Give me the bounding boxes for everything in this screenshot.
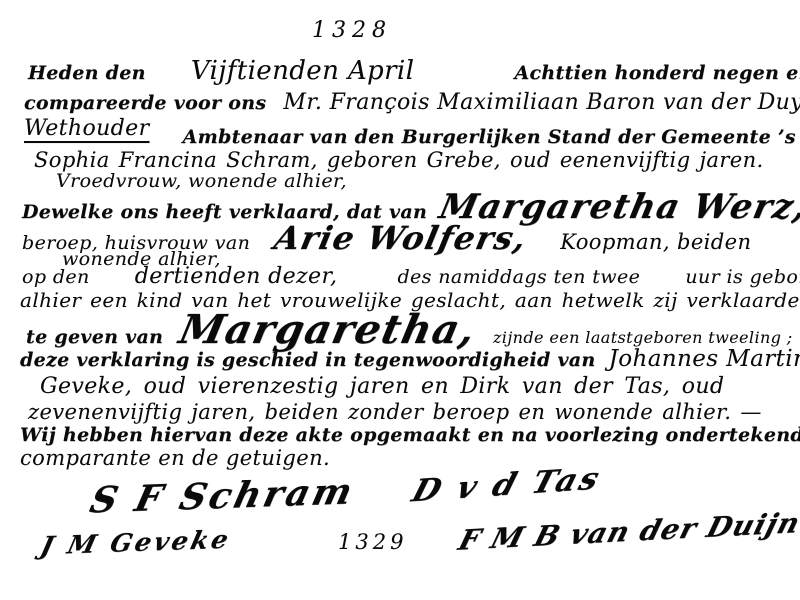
birth-day-word: dertienden dezer,	[135, 264, 338, 289]
child-name: Margaretha,	[176, 310, 480, 350]
father-name: Arie Wolfers,	[272, 222, 531, 254]
next-act-number: 1329	[338, 532, 407, 553]
witnesses-prefix: deze verklaring is geschied in tegenwoor…	[20, 349, 596, 371]
birth-act-scan: 1328 Heden den Vijftienden April Achttie…	[0, 0, 800, 600]
signature-witness-geveke: J M Geveke	[42, 530, 230, 555]
signature-declarant: S F Schram	[92, 478, 353, 514]
name-line: te geven van Margaretha, zijnde een laat…	[26, 310, 793, 350]
signature-witness-geveke-text: J M Geveke	[38, 527, 233, 559]
signature-official-text: F M B van der Duijn	[456, 509, 800, 554]
witnesses-line-1: deze verklaring is geschied in tegenwoor…	[20, 348, 800, 371]
capacity-line: Wethouder Ambtenaar van den Burgerlijken…	[24, 118, 800, 140]
date-day-month: Vijftienden April	[191, 56, 415, 86]
witness1-name: Johannes Martinus	[609, 346, 800, 372]
closing-main: Wij hebben hiervan deze akte opgemaakt e…	[20, 424, 800, 446]
inserted-capacity-word: Wethouder	[24, 116, 149, 141]
birth-p4: uur is geboren	[685, 266, 800, 288]
declarant-line: Sophia Francina Schram, geboren Grebe, o…	[34, 150, 764, 171]
parents-suffix: Koopman, beiden	[560, 230, 751, 254]
date-year: Achttien honderd negen en zeventig,	[514, 62, 800, 84]
witnesses-line-3: zevenenvijftig jaren, beiden zonder bero…	[28, 402, 762, 423]
name-suffix: zijnde een laatstgeboren tweeling ;	[493, 328, 793, 347]
declarant-profession-line: Vroedvrouw, wonende alhier,	[56, 172, 347, 191]
official-line: compareerde voor ons Mr. François Maximi…	[24, 92, 800, 114]
birth-time-words: des namiddags ten twee	[397, 266, 640, 288]
signature-declarant-text: S F Schram	[87, 473, 359, 518]
date-line: Heden den Vijftienden April Achttien hon…	[28, 58, 800, 84]
closing-line-1: Wij hebben hiervan deze akte opgemaakt e…	[20, 426, 800, 445]
official-name: Mr. François Maximiliaan Baron van der D…	[283, 90, 800, 115]
signature-witness-tas-text: D v d Tas	[408, 464, 605, 508]
name-prefix: te geven van	[26, 326, 163, 348]
date-prefix: Heden den	[28, 62, 146, 84]
birth-line: op den dertienden dezer, des namiddags t…	[22, 266, 800, 288]
capacity-text: Ambtenaar van den Burgerlijken Stand der…	[183, 126, 800, 148]
closing-line-2: comparante en de getuigen.	[20, 448, 330, 469]
official-prefix: compareerde voor ons	[24, 92, 266, 114]
signature-witness-tas: D v d Tas	[415, 470, 599, 501]
act-number: 1328	[312, 20, 392, 42]
signature-official: F M B van der Duijn	[462, 518, 797, 546]
birth-p1: op den	[22, 266, 90, 288]
witnesses-line-2: Geveke, oud vierenzestig jaren en Dirk v…	[40, 376, 724, 398]
